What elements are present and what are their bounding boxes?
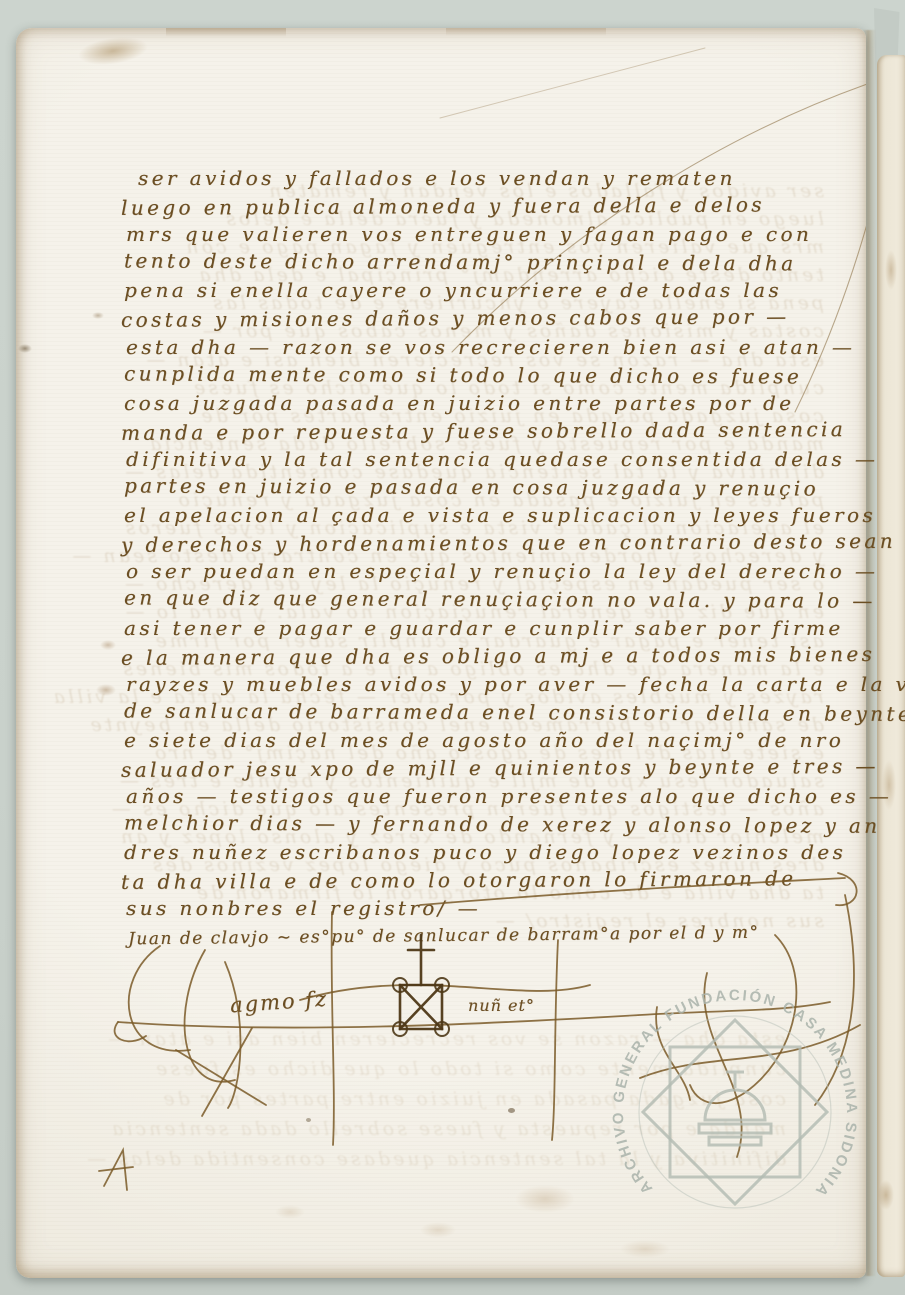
manuscript-line: ta dha villa e de como lo otorgaron lo f… xyxy=(121,867,824,899)
pen-scratch-top xyxy=(440,48,705,118)
stain xyxy=(100,640,116,650)
manuscript-page: ser avidos y fallados e los vendan y rem… xyxy=(16,28,866,1278)
watermark-emblem-bar-1 xyxy=(699,1124,771,1133)
edge-toning xyxy=(446,28,606,36)
paraph-right xyxy=(836,873,857,905)
watermark-emblem-bar-2 xyxy=(709,1137,761,1145)
manuscript-line: ser avidos y fallados e los vendan y rem… xyxy=(138,166,824,194)
rubric-swash xyxy=(300,985,590,1000)
signature-right-note: nuñ et° xyxy=(468,996,535,1015)
stain xyxy=(92,312,104,319)
manuscript-line: cosa juzgada pasada en juizio entre part… xyxy=(124,391,824,419)
manuscript-line: manda e por repuesta y fuese sobrello da… xyxy=(121,417,824,449)
watermark-emblem-finial xyxy=(726,1072,744,1088)
manuscript-line: partes en juizio e pasada en cosa juzgad… xyxy=(124,474,824,505)
manuscript-line: luego en publica almoneda y fuera della … xyxy=(121,192,824,224)
manuscript-line: mrs que valieren vos entreguen y fagan p… xyxy=(126,222,824,250)
notary-knot-x xyxy=(400,985,442,1029)
manuscript-line: o ser puedan en espeçial y renuçio la le… xyxy=(126,559,824,587)
manuscript-line: años — testigos que fueron presentes alo… xyxy=(126,784,824,812)
manuscript-line: sus nonbres el registro/ — xyxy=(126,896,824,924)
manuscript-line: cunplida mente como si todo lo que dicho… xyxy=(124,361,824,392)
watermark-ring xyxy=(639,1016,831,1208)
manuscript-line: pena si enella cayere o yncurriere e de … xyxy=(124,278,824,306)
manuscript-line: saluador jesu xpo de mjll e quinientos y… xyxy=(121,754,824,786)
stain xyxy=(275,1205,305,1219)
adjacent-leaf-edge xyxy=(877,55,905,1277)
manuscript-line: y derechos y hordenamientos que en contr… xyxy=(121,529,824,561)
manuscript-line: en que diz que general renuçiaçion no va… xyxy=(124,586,824,617)
stain xyxy=(515,1185,575,1213)
watermark-emblem-dome xyxy=(705,1090,765,1120)
stain xyxy=(420,1222,456,1238)
manuscript-line: de sanlucar de barrameda enel consistori… xyxy=(124,698,824,729)
manuscript-line: dres nuñez escribanos puco y diego lopez… xyxy=(124,840,824,868)
manuscript-line: el apelacion al çada e vista e suplicaci… xyxy=(124,503,824,531)
manuscript-line: difinitiva y la tal sentencia quedase co… xyxy=(126,447,824,475)
manuscript-line: asi tener e pagar e guardar e cunplir sa… xyxy=(124,616,824,644)
manuscript-line: e la manera que dha es obligo a mj e a t… xyxy=(121,642,824,674)
manuscript-line: e siete dias del mes de agosto año del n… xyxy=(124,728,824,756)
stain xyxy=(18,344,32,353)
manuscript-line: rayzes y muebles avidos y por aver — fec… xyxy=(126,672,824,700)
manuscript-line: esta dha — razon se vos recrecieren bien… xyxy=(126,335,824,363)
notary-knot-loop xyxy=(435,978,449,992)
stain xyxy=(77,33,150,68)
archive-watermark: ARCHIVO GENERAL FUNDACIÓN CASA MEDINA SI… xyxy=(595,972,875,1252)
manuscript-photo: ser avidos y fallados e los vendan y rem… xyxy=(0,0,905,1295)
manuscript-line: tento deste dicho arrendamj° prinçipal e… xyxy=(124,249,824,280)
manuscript-line: costas y misiones daños y menos cabos qu… xyxy=(121,305,824,337)
edge-toning xyxy=(166,28,286,37)
manuscript-line: melchior dias — y fernando de xerez y al… xyxy=(124,811,824,842)
signature-left-name: agmo fz xyxy=(229,987,328,1018)
manuscript-text-block: ser avidos y fallados e los vendan y rem… xyxy=(124,166,824,925)
notary-knot-loop xyxy=(393,978,407,992)
notary-knot-square xyxy=(400,985,442,1029)
